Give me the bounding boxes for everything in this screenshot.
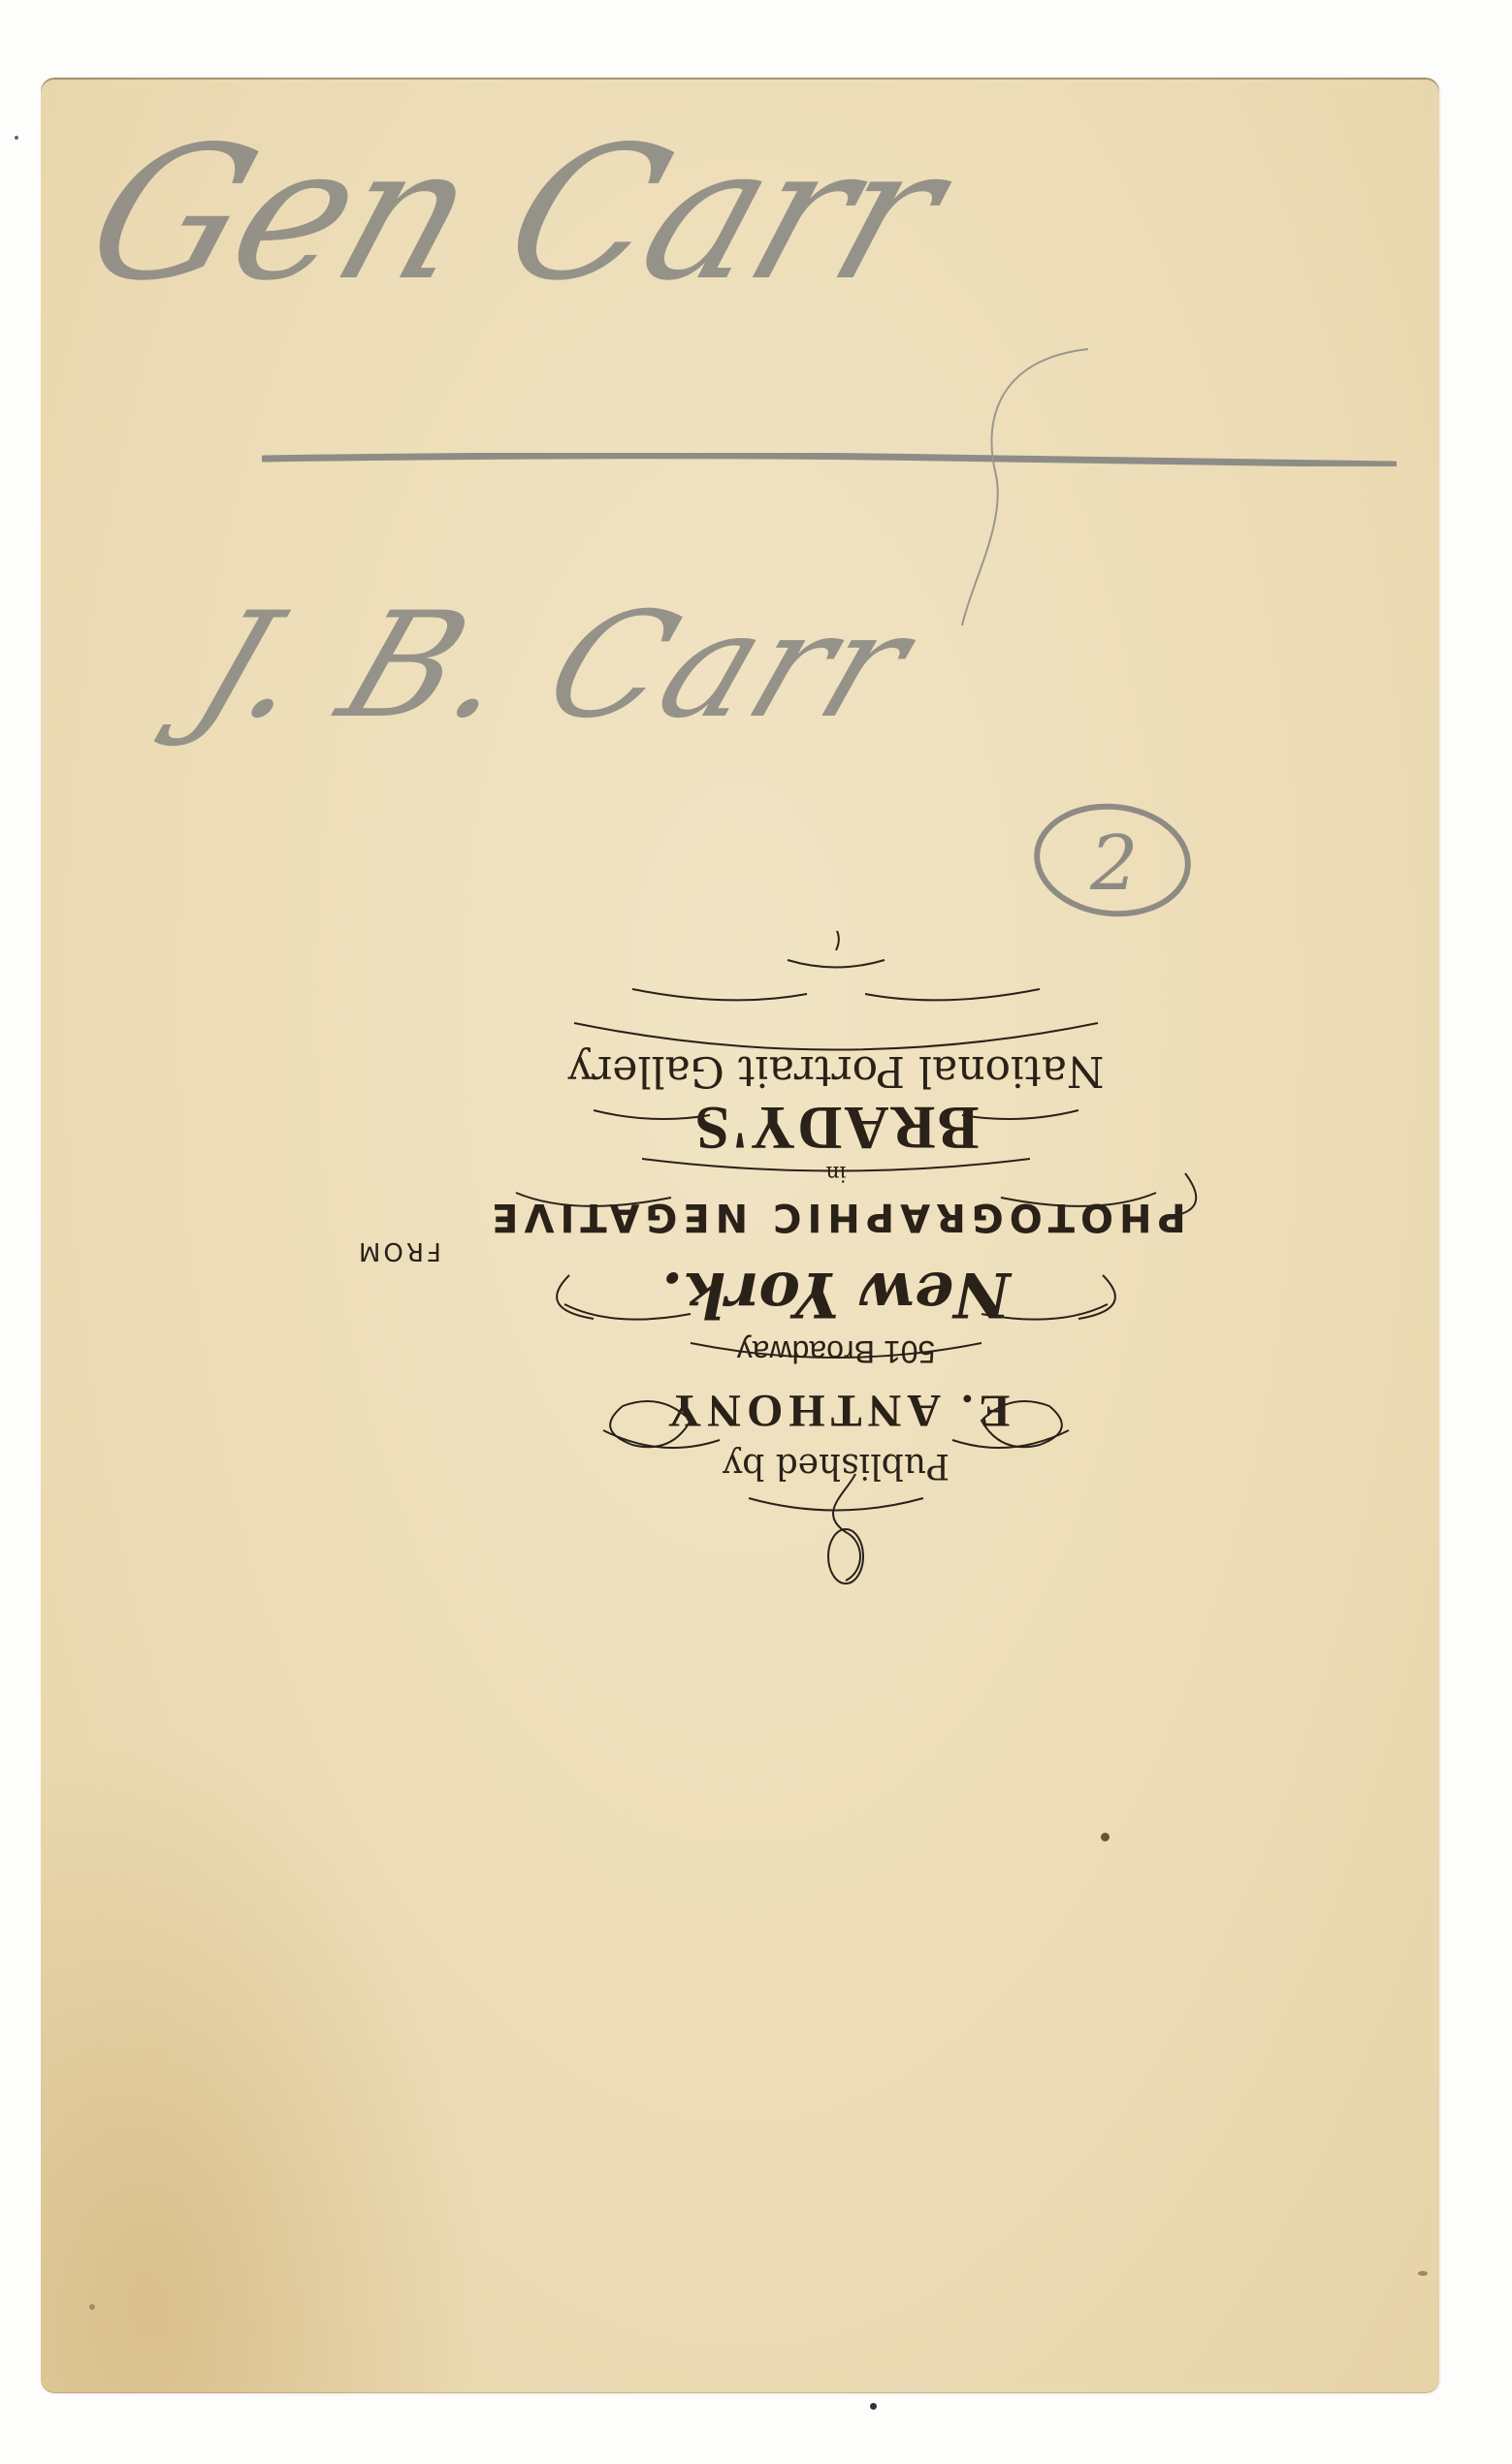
- handwritten-title: Gen Carr: [64, 107, 963, 321]
- pencil-underline: [262, 453, 1397, 466]
- in-label: in: [400, 1161, 1272, 1185]
- photo-card-back: Gen Carr J. B. Carr 2: [41, 78, 1439, 2393]
- paper-stain: [1418, 2271, 1428, 2276]
- gallery-name: National Portrait Gallery: [400, 1046, 1272, 1096]
- published-by-label: Published by: [400, 1446, 1272, 1486]
- publisher-name: E. ANTHONY: [400, 1384, 1272, 1437]
- scanner-dust: [15, 136, 18, 140]
- negative-label: PHOTOGRAPHIC NEGATIVE: [400, 1195, 1272, 1239]
- publisher-city: New York.: [400, 1258, 1272, 1330]
- from-label: FROM: [356, 1236, 441, 1265]
- svg-text:2: 2: [1089, 820, 1139, 908]
- scanner-dust: [870, 2403, 877, 2410]
- brand-name: BRADY'S: [400, 1092, 1272, 1164]
- publisher-imprint: Published by E. ANTHONY 501 Broadway New…: [400, 931, 1272, 1600]
- publisher-address: 501 Broadway: [400, 1333, 1272, 1369]
- circled-number-mark: 2: [1030, 800, 1203, 921]
- pencil-stray-mark: [943, 339, 1098, 630]
- paper-stain: [89, 2304, 95, 2310]
- paper-stain: [1101, 1833, 1110, 1841]
- handwritten-name: J. B. Carr: [175, 582, 931, 751]
